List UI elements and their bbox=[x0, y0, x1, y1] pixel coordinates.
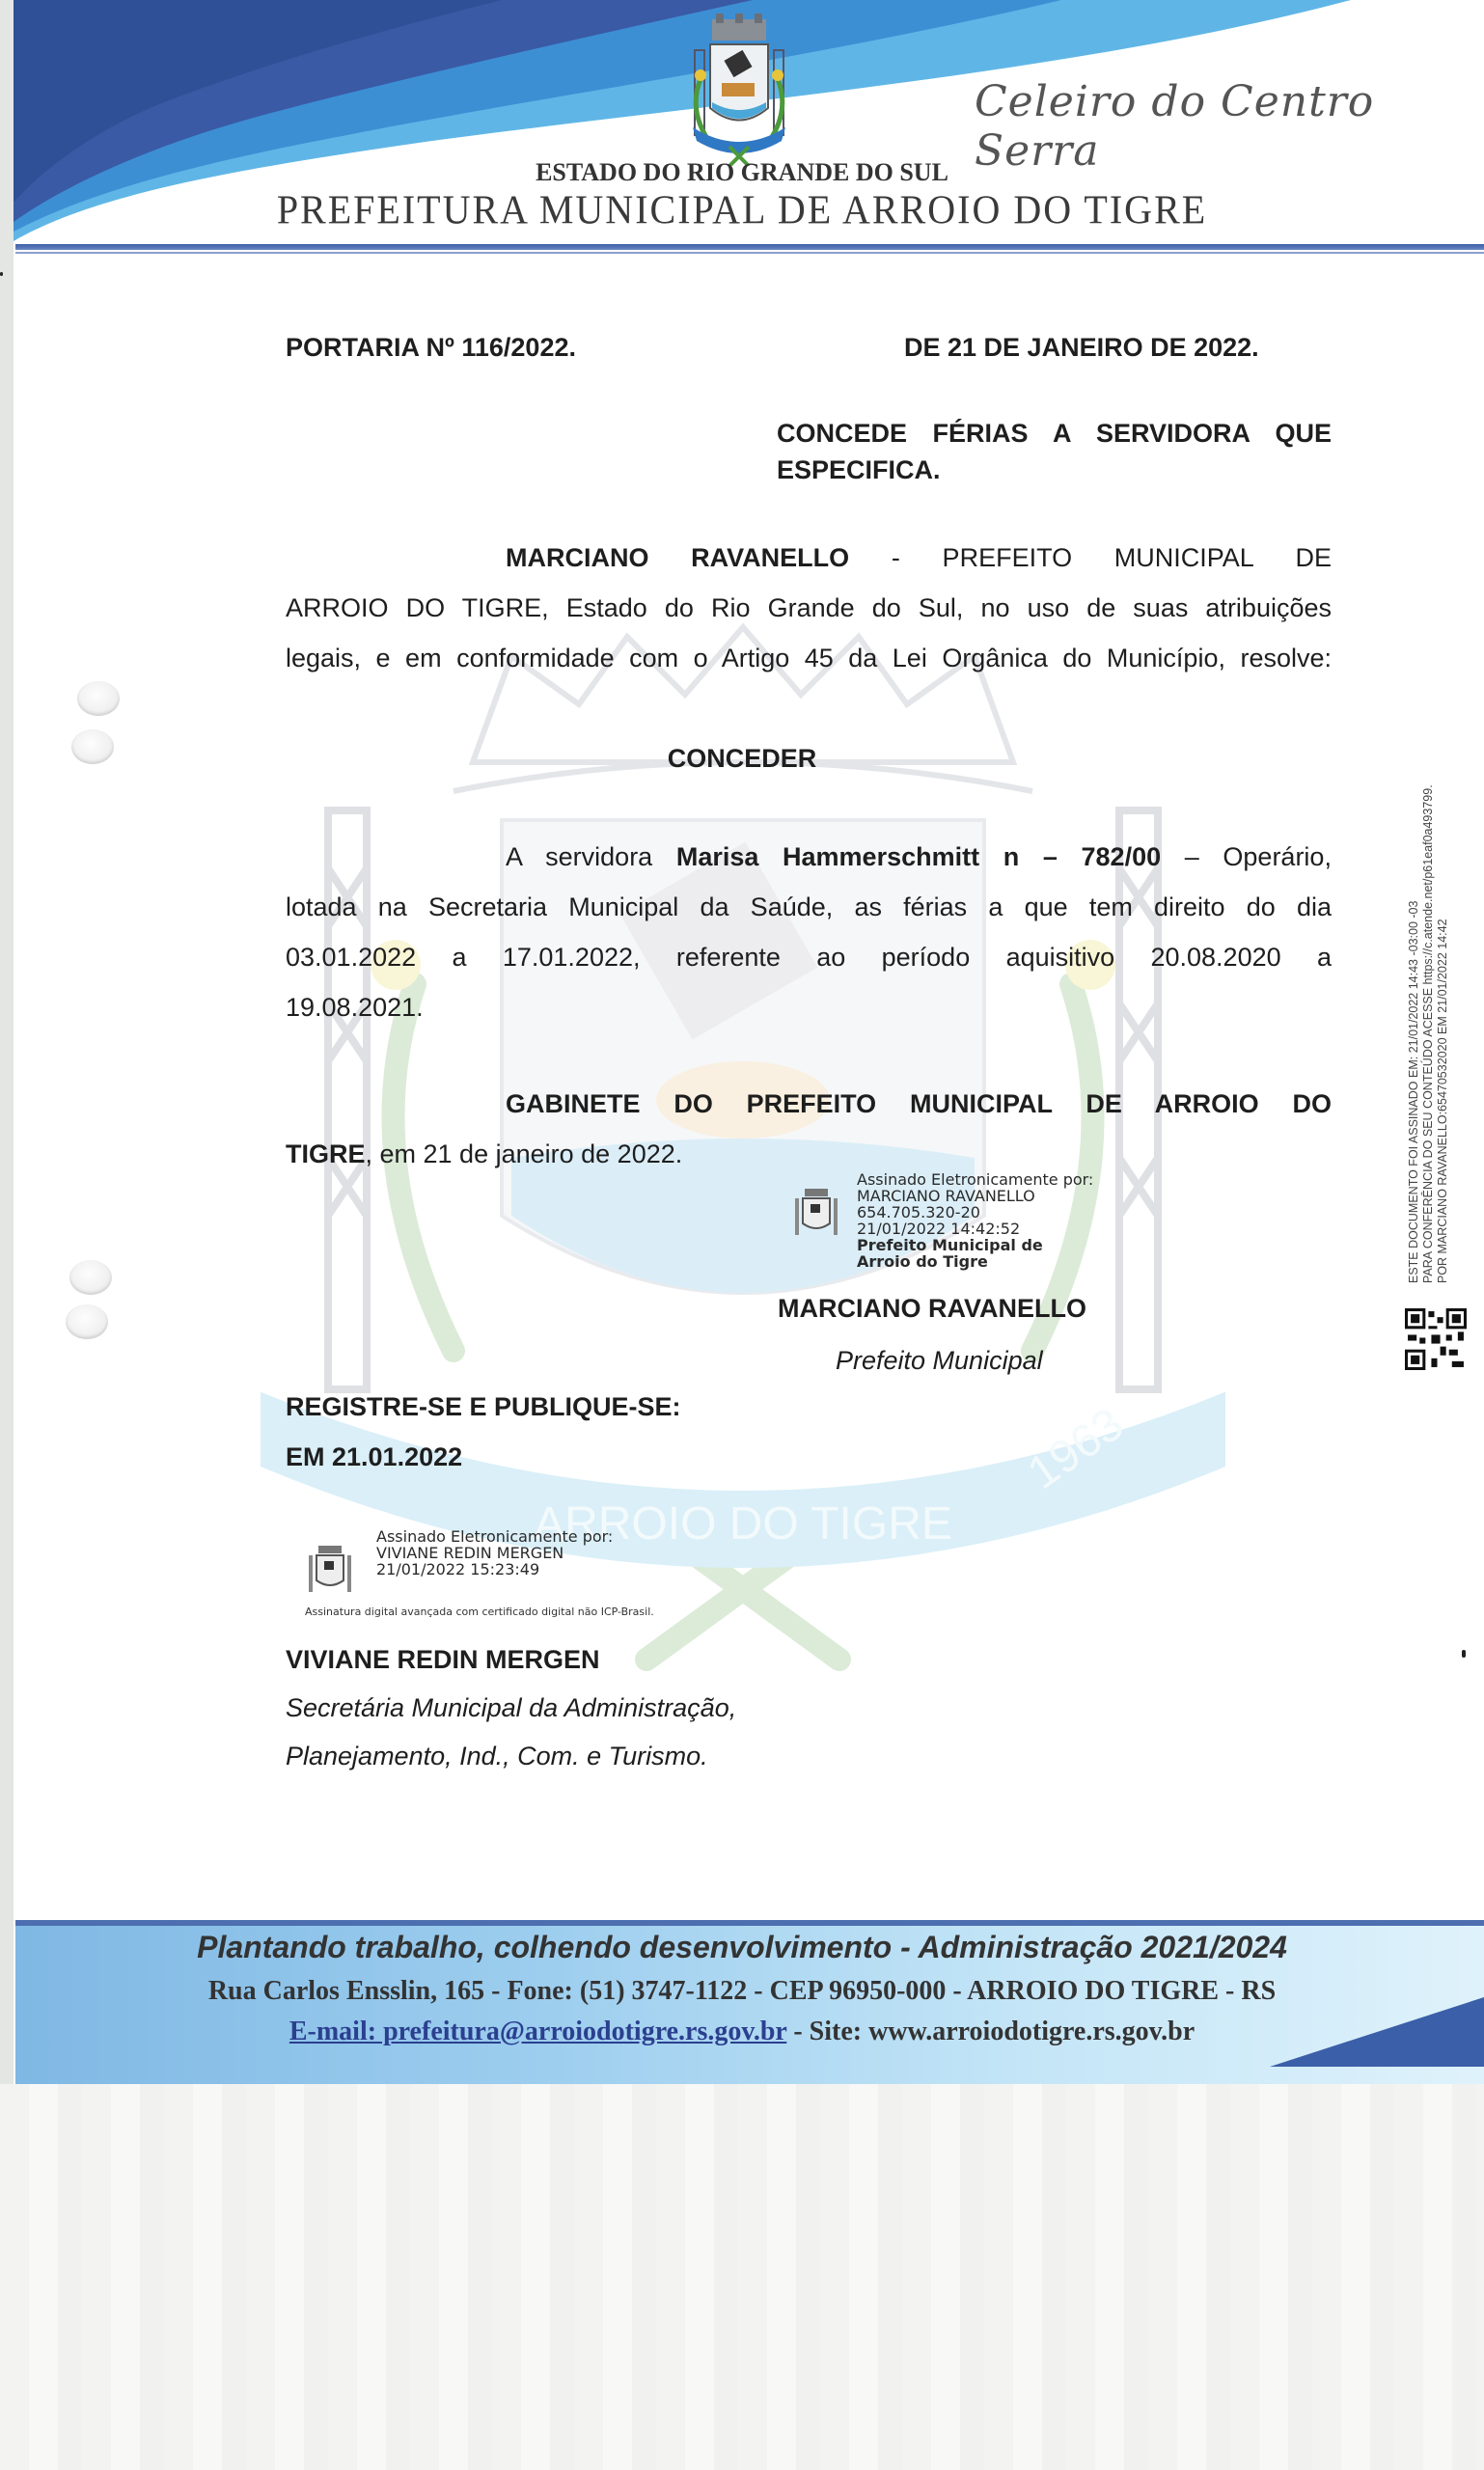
signature-crest-icon bbox=[791, 1187, 841, 1241]
footer-email-link[interactable]: E-mail: prefeitura@arroiodotigre.rs.gov.… bbox=[289, 2017, 786, 2046]
letterhead-city-hall: PREFEITURA MUNICIPAL DE ARROIO DO TIGRE bbox=[0, 186, 1484, 233]
letterhead-state: ESTADO DO RIO GRANDE DO SUL bbox=[0, 158, 1484, 187]
header-rule bbox=[15, 244, 1484, 250]
secretary-name: VIVIANE REDIN MERGEN bbox=[286, 1634, 600, 1685]
mayor-stamp-text: Assinado Eletronicamente por: MARCIANO R… bbox=[857, 1171, 1093, 1270]
secretary-stamp-text: Assinado Eletronicamente por: VIVIANE RE… bbox=[376, 1528, 613, 1578]
action-heading: CONCEDER bbox=[0, 733, 1484, 783]
ordinance-summary: CONCEDE FÉRIAS A SERVIDORA QUE ESPECIFIC… bbox=[777, 415, 1332, 488]
ordinance-number: PORTARIA Nº 116/2022. bbox=[286, 322, 576, 372]
closing-line-1: GABINETE DO PREFEITO MUNICIPAL DE ARROIO… bbox=[286, 1079, 1332, 1129]
verification-side-stamp: ESTE DOCUMENTO FOI ASSINADO EM: 21/01/20… bbox=[1407, 784, 1450, 1283]
header-rule-thin bbox=[15, 252, 1484, 254]
footer-contact: E-mail: prefeitura@arroiodotigre.rs.gov.… bbox=[0, 2017, 1484, 2047]
preamble-line-2: ARROIO DO TIGRE, Estado do Rio Grande do… bbox=[286, 583, 1332, 633]
scan-speck bbox=[1462, 1650, 1466, 1658]
article-line-2: lotada na Secretaria Municipal da Saúde,… bbox=[286, 882, 1332, 932]
mayor-name: MARCIANO RAVANELLO bbox=[778, 1283, 1086, 1333]
mayor-title: Prefeito Municipal bbox=[836, 1335, 1043, 1386]
footer-address: Rua Carlos Ensslin, 165 - Fone: (51) 374… bbox=[0, 1976, 1484, 2007]
article-line-3: 03.01.2022 a 17.01.2022, referente ao pe… bbox=[286, 932, 1332, 982]
signature-certificate-note: Assinatura digital avançada com certific… bbox=[305, 1605, 710, 1618]
municipal-crest-icon bbox=[681, 12, 797, 166]
footer-slogan: Plantando trabalho, colhendo desenvolvim… bbox=[0, 1930, 1484, 1965]
secretary-title-line-1: Secretária Municipal da Administração, bbox=[286, 1683, 736, 1733]
scan-speck bbox=[0, 272, 3, 276]
closing-paragraph: GABINETE DO PREFEITO MUNICIPAL DE ARROIO… bbox=[286, 1079, 1332, 1179]
punch-hole bbox=[69, 1260, 112, 1295]
punch-hole bbox=[77, 681, 120, 716]
ordinance-date: DE 21 DE JANEIRO DE 2022. bbox=[904, 322, 1259, 372]
preamble-paragraph: MARCIANO RAVANELLO - PREFEITO MUNICIPAL … bbox=[286, 533, 1332, 683]
blank-scan-area bbox=[0, 2084, 1484, 2470]
signature-crest-icon bbox=[305, 1544, 355, 1598]
article-line-4: 19.08.2021. bbox=[286, 982, 1332, 1032]
qr-code-icon[interactable] bbox=[1405, 1308, 1467, 1370]
punch-hole bbox=[66, 1304, 108, 1339]
article-paragraph: A servidora Marisa Hammerschmitt n – 782… bbox=[286, 832, 1332, 1032]
footer-site-text: - Site: www.arroiodotigre.rs.gov.br bbox=[786, 2017, 1195, 2046]
secretary-title-line-2: Planejamento, Ind., Com. e Turismo. bbox=[286, 1731, 708, 1781]
register-date: EM 21.01.2022 bbox=[286, 1432, 462, 1482]
closing-line-2: TIGRE, em 21 de janeiro de 2022. bbox=[286, 1129, 1332, 1179]
preamble-line-1: MARCIANO RAVANELLO - PREFEITO MUNICIPAL … bbox=[286, 533, 1332, 583]
footer-rule bbox=[15, 1920, 1484, 1926]
article-line-1: A servidora Marisa Hammerschmitt n – 782… bbox=[286, 832, 1332, 882]
preamble-line-3: legais, e em conformidade com o Artigo 4… bbox=[286, 633, 1332, 683]
register-label: REGISTRE-SE E PUBLIQUE-SE: bbox=[286, 1382, 681, 1432]
verification-link[interactable]: PARA CONFERÊNCIA DO SEU CONTEÚDO ACESSE … bbox=[1421, 784, 1436, 1283]
